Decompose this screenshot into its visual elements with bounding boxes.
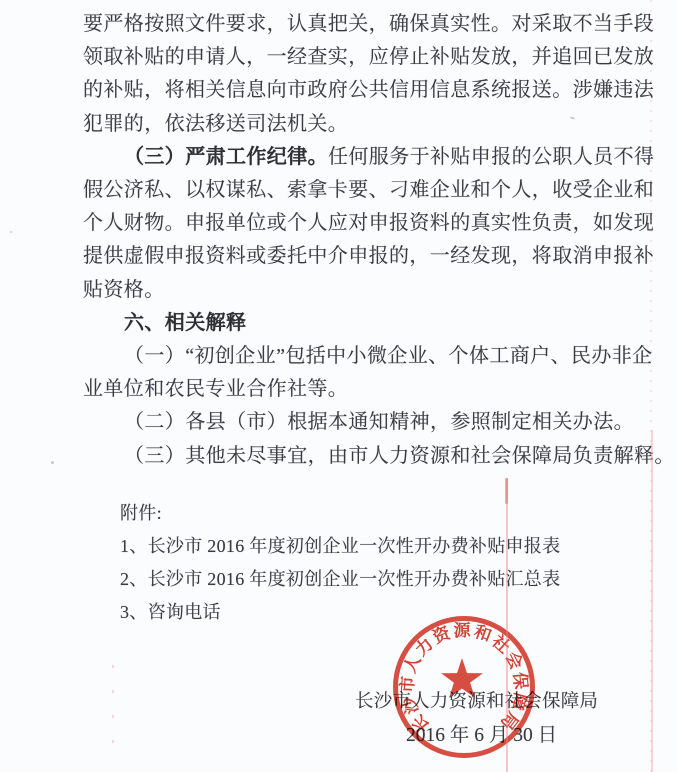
attachments-label: 附件: <box>120 497 675 530</box>
paragraph-item-3: （三）其他未尽事宜，由市人力资源和社会保障局负责解释。 <box>83 440 675 473</box>
scanned-document-page: 要严格按照文件要求，认真把关，确保真实性。对采取不当手段 领取补贴的申请人，一经… <box>0 0 677 772</box>
paragraph-text: 要严格按照文件要求，认真把关，确保真实性。对采取不当手段 领取补贴的申请人，一经… <box>83 13 654 135</box>
scan-speck <box>10 231 12 233</box>
attachment-item: 1、长沙市 2016 年度初创企业一次性开办费补贴申报表 <box>120 530 675 563</box>
paragraph-text: （三）其他未尽事宜，由市人力资源和社会保障局负责解释。 <box>124 445 675 467</box>
paragraph-text: （一）“初创企业”包括中小微企业、个体工商户、民办非企 业单位和农民专业合作社等… <box>83 345 653 400</box>
paragraph-text: 任何服务于补贴申报的公职人员不得 假公济私、以权谋私、索拿卡要、刁难企业和个人，… <box>83 146 654 301</box>
paragraph-item-1: （一）“初创企业”包括中小微企业、个体工商户、民办非企 业单位和农民专业合作社等… <box>83 340 675 406</box>
scan-artifact-line <box>112 665 114 765</box>
paragraph-item-2: （二）各县（市）根据本通知精神，参照制定相关办法。 <box>83 406 675 439</box>
paragraph-continuation: 要严格按照文件要求，认真把关，确保真实性。对采取不当手段 领取补贴的申请人，一经… <box>83 8 675 141</box>
section-heading-text: 六、相关解释 <box>124 312 246 334</box>
attachment-item: 2、长沙市 2016 年度初创企业一次性开办费补贴汇总表 <box>120 563 675 596</box>
official-seal: 长沙市人力资源和社会保障局 <box>388 610 542 764</box>
document-body: 要严格按照文件要求，认真把关，确保真实性。对采取不当手段 领取补贴的申请人，一经… <box>83 8 675 630</box>
paragraph-text: （二）各县（市）根据本通知精神，参照制定相关办法。 <box>124 411 634 433</box>
scan-speck <box>51 461 54 464</box>
red-star-icon <box>441 658 483 698</box>
paragraph-discipline: （三）严肃工作纪律。任何服务于补贴申报的公职人员不得 假公济私、以权谋私、索拿卡… <box>83 141 675 307</box>
section-heading-explanations: 六、相关解释 <box>83 307 675 340</box>
paragraph-bold-lead: （三）严肃工作纪律。 <box>124 146 328 168</box>
